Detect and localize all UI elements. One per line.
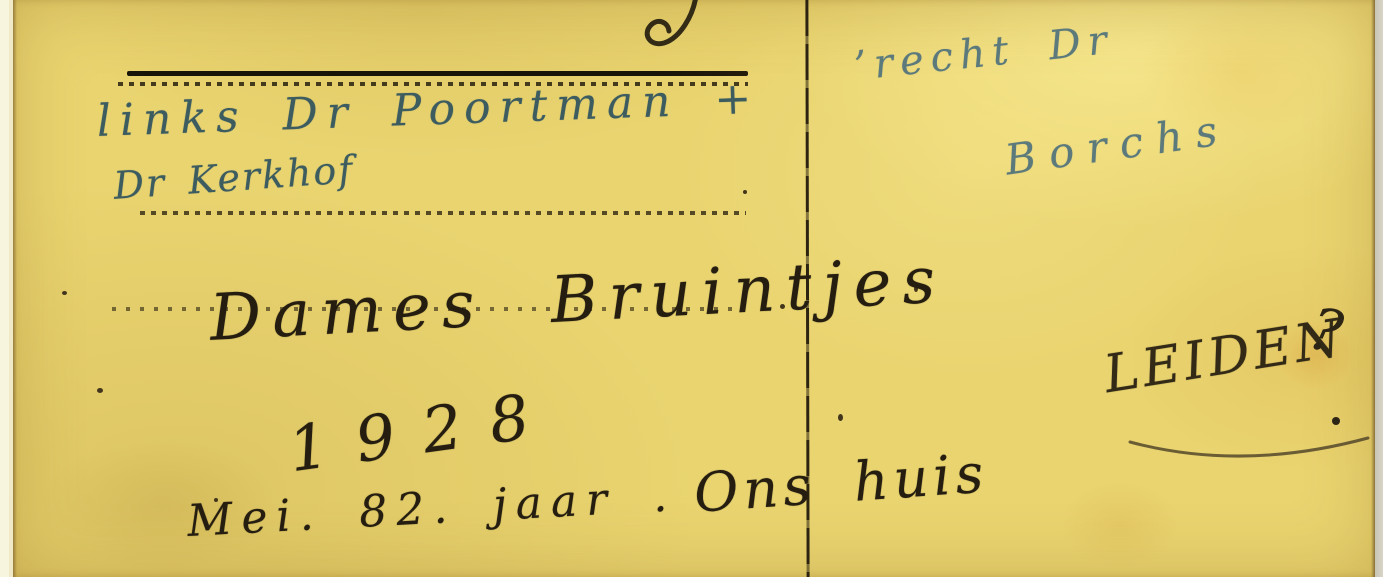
paper-speck — [62, 291, 67, 295]
leiden-underline — [1122, 428, 1372, 473]
scan-margin-left — [0, 0, 14, 577]
paper-speck — [743, 190, 747, 194]
printed-rule-thick — [127, 71, 748, 76]
paper-speck — [97, 388, 103, 393]
card-edge-left — [13, 0, 17, 577]
ink-flourish-top — [630, 0, 720, 60]
postcard-scan: links Dr Poortman + Dr Kerkhof Dames Bru… — [0, 0, 1383, 577]
dotted-address-line-2 — [140, 211, 746, 215]
scan-margin-right — [1375, 0, 1383, 577]
question-mark-dot — [1332, 417, 1340, 425]
paper-speck — [838, 414, 843, 421]
